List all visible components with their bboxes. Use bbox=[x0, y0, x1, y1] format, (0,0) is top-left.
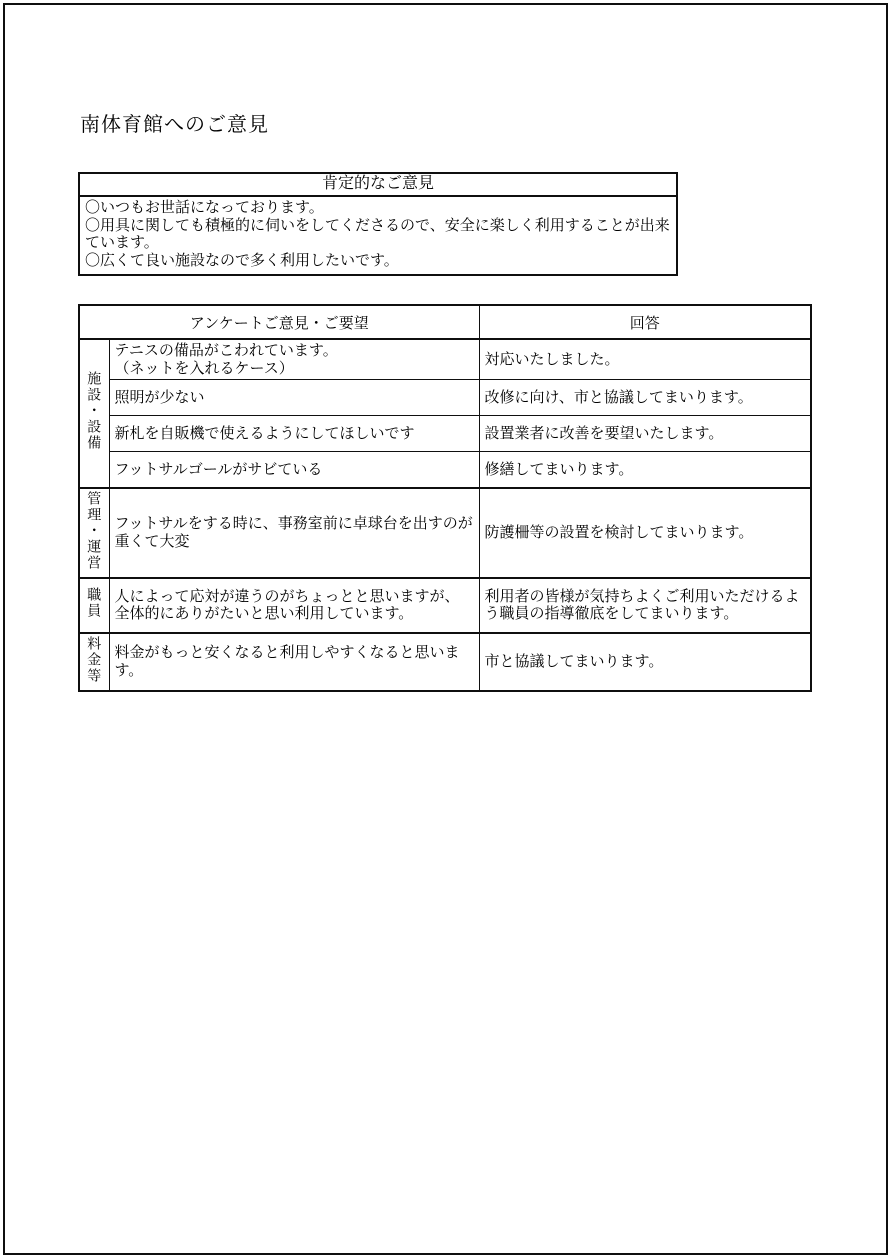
category-label: 管理・運営 bbox=[84, 491, 104, 571]
answer-cell: 市と協議してまいります。 bbox=[479, 633, 811, 691]
table-row: 職員 人によって応対が違うのがちょっとと思いますが、全体的にありがたいと思い利用… bbox=[79, 578, 811, 633]
opinion-cell: フットサルをする時に、事務室前に卓球台を出すのが重くて大変 bbox=[109, 488, 479, 578]
answer-cell: 改修に向け、市と協議してまいります。 bbox=[479, 380, 811, 416]
table-row: 管理・運営 フットサルをする時に、事務室前に卓球台を出すのが重くて大変 防護柵等… bbox=[79, 488, 811, 578]
document-page: 南体育館へのご意見 肯定的なご意見 〇いつもお世話になっております。 〇用具に関… bbox=[0, 0, 890, 1257]
positive-opinions-header: 肯定的なご意見 bbox=[80, 174, 676, 197]
opinion-cell: 人によって応対が違うのがちょっとと思いますが、全体的にありがたいと思い利用してい… bbox=[109, 578, 479, 633]
table-row: 施設・設備 テニスの備品がこわれています。 （ネットを入れるケース） 対応いたし… bbox=[79, 339, 811, 380]
answer-column-header: 回答 bbox=[479, 305, 811, 339]
table-row: 照明が少ない 改修に向け、市と協議してまいります。 bbox=[79, 380, 811, 416]
opinion-cell: テニスの備品がこわれています。 （ネットを入れるケース） bbox=[109, 339, 479, 380]
opinion-cell: 料金がもっと安くなると利用しやすくなると思います。 bbox=[109, 633, 479, 691]
positive-opinions-body: 〇いつもお世話になっております。 〇用具に関しても積極的に伺いをしてくださるので… bbox=[80, 197, 676, 274]
opinion-column-header: アンケートご意見・ご要望 bbox=[79, 305, 479, 339]
category-label: 施設・設備 bbox=[84, 371, 104, 451]
table-header-row: アンケートご意見・ご要望 回答 bbox=[79, 305, 811, 339]
answer-cell: 設置業者に改善を要望いたします。 bbox=[479, 416, 811, 452]
opinion-cell: フットサルゴールがサビている bbox=[109, 452, 479, 488]
category-cell-management: 管理・運営 bbox=[79, 488, 109, 578]
answer-cell: 利用者の皆様が気持ちよくご利用いただけるよう職員の指導徹底をしてまいります。 bbox=[479, 578, 811, 633]
table-row: 料金等 料金がもっと安くなると利用しやすくなると思います。 市と協議してまいりま… bbox=[79, 633, 811, 691]
table-row: 新札を自販機で使えるようにしてほしいです 設置業者に改善を要望いたします。 bbox=[79, 416, 811, 452]
positive-opinions-box: 肯定的なご意見 〇いつもお世話になっております。 〇用具に関しても積極的に伺いを… bbox=[78, 172, 678, 276]
opinion-cell: 新札を自販機で使えるようにしてほしいです bbox=[109, 416, 479, 452]
positive-opinion-item: 〇いつもお世話になっております。 bbox=[85, 199, 671, 217]
feedback-table: アンケートご意見・ご要望 回答 施設・設備 テニスの備品がこわれています。 （ネ… bbox=[78, 304, 812, 692]
positive-opinion-item: 〇広くて良い施設なので多く利用したいです。 bbox=[85, 252, 671, 270]
page-title: 南体育館へのご意見 bbox=[80, 111, 269, 139]
answer-cell: 修繕してまいります。 bbox=[479, 452, 811, 488]
positive-opinion-item: 〇用具に関しても積極的に伺いをしてくださるので、安全に楽しく利用することが出来て… bbox=[85, 217, 671, 252]
category-cell-staff: 職員 bbox=[79, 578, 109, 633]
category-label: 料金等 bbox=[84, 636, 104, 684]
answer-cell: 防護柵等の設置を検討してまいります。 bbox=[479, 488, 811, 578]
opinion-cell: 照明が少ない bbox=[109, 380, 479, 416]
answer-cell: 対応いたしました。 bbox=[479, 339, 811, 380]
category-cell-facilities: 施設・設備 bbox=[79, 339, 109, 488]
category-label: 職員 bbox=[84, 587, 104, 619]
category-cell-fees: 料金等 bbox=[79, 633, 109, 691]
table-row: フットサルゴールがサビている 修繕してまいります。 bbox=[79, 452, 811, 488]
